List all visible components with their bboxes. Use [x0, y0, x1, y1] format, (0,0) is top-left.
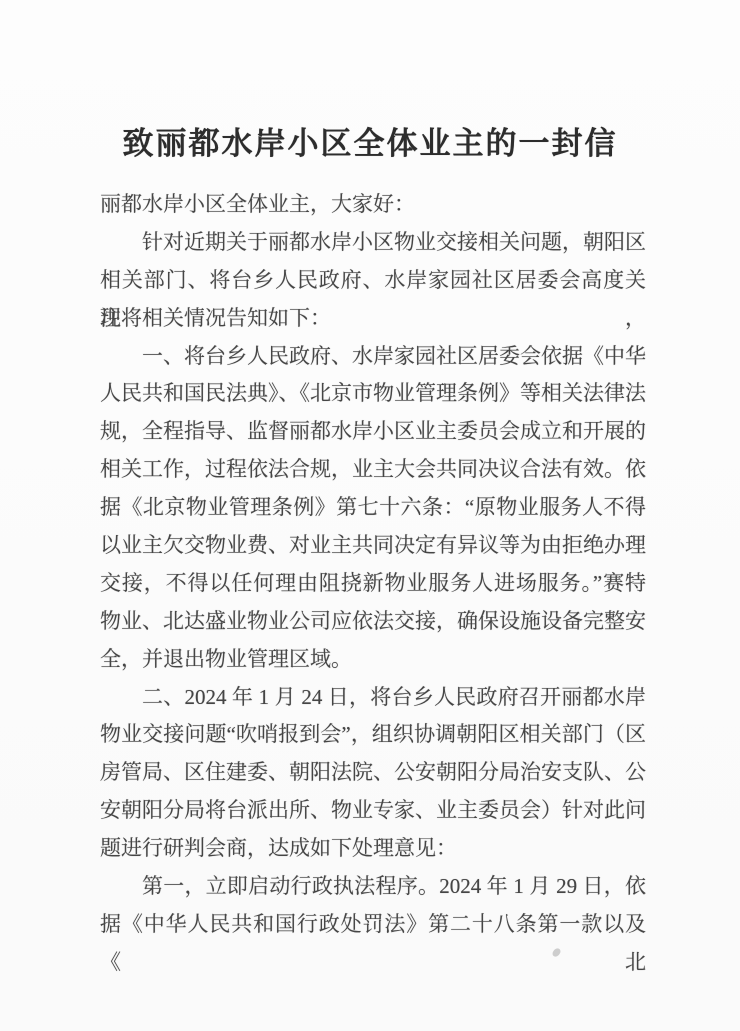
letter-line: 以业主欠交物业费、对业主共同决定有异议等为由拒绝办理: [100, 527, 646, 565]
letter-line: 据《中华人民共和国行政处罚法》第二十八条第一款以及《北: [100, 906, 646, 944]
letter-line: 规，全程指导、监督丽都水岸小区业主委员会成立和开展的: [100, 413, 646, 451]
letter-line: 相关部门、将台乡人民政府、水岸家园社区居委会高度关注，: [100, 262, 646, 300]
letter-line: 全，并退出物业管理区域。: [100, 641, 646, 679]
letter-title: 致丽都水岸小区全体业主的一封信: [0, 118, 740, 163]
letter-line: 第一，立即启动行政执法程序。2024 年 1 月 29 日，依: [100, 868, 646, 906]
letter-line: 安朝阳分局将台派出所、物业专家、业主委员会）针对此问: [100, 792, 646, 830]
letter-line: 交接，不得以任何理由阻挠新物业服务人进场服务。”赛特: [100, 565, 646, 603]
letter-line: 二、2024 年 1 月 24 日，将台乡人民政府召开丽都水岸: [100, 679, 646, 717]
letter-line: 物业、北达盛业物业公司应依法交接，确保设施设备完整安: [100, 603, 646, 641]
letter-line: 物业交接问题“吹哨报到会”，组织协调朝阳区相关部门（区: [100, 716, 646, 754]
letter-line: 相关工作，过程依法合规，业主大会共同决议合法有效。依: [100, 451, 646, 489]
letter-line: 丽都水岸小区全体业主，大家好：: [100, 186, 646, 224]
letter-line: 一、将台乡人民政府、水岸家园社区居委会依据《中华: [100, 338, 646, 376]
letter-line: 针对近期关于丽都水岸小区物业交接相关问题，朝阳区: [100, 224, 646, 262]
scanned-letter-page: 致丽都水岸小区全体业主的一封信 丽都水岸小区全体业主，大家好：针对近期关于丽都水…: [0, 0, 740, 1031]
letter-line: 人民共和国民法典》、《北京市物业管理条例》等相关法律法: [100, 375, 646, 413]
letter-line: 房管局、区住建委、朝阳法院、公安朝阳分局治安支队、公: [100, 754, 646, 792]
letter-line: 据《北京物业管理条例》第七十六条：“原物业服务人不得: [100, 489, 646, 527]
letter-line: 题进行研判会商，达成如下处理意见：: [100, 830, 646, 868]
letter-body: 丽都水岸小区全体业主，大家好：针对近期关于丽都水岸小区物业交接相关问题，朝阳区相…: [100, 186, 646, 944]
